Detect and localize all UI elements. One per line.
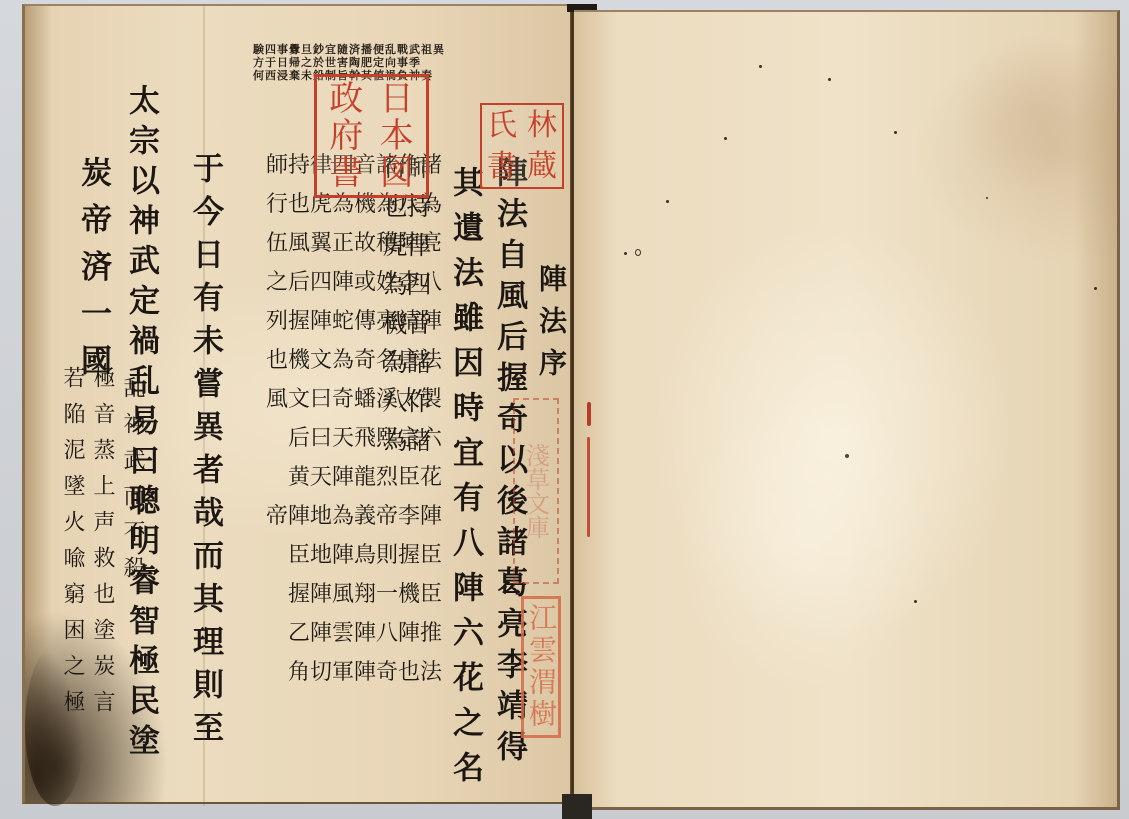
commentary-grid: 師持律四音諸作諸 行也虎為機為八為 伍風翼正故穫陣亮 之后四陣或姓李八 列握陣蛇… xyxy=(217,146,442,692)
red-ink-stroke xyxy=(587,402,591,426)
main-column-2: 其遺法雖因時宜有八陣六花之名 xyxy=(449,166,480,796)
seal-glyph: 府 xyxy=(321,118,372,154)
edo-seal: 江雲渭樹 xyxy=(521,596,561,738)
ink-speck xyxy=(828,78,831,81)
ink-speck xyxy=(666,200,669,203)
commentary-row: 列握陣蛇傳亮靖陣 xyxy=(217,302,442,341)
red-ink-stroke xyxy=(587,437,590,537)
commentary-row: 帝陣地為義帝李陣 xyxy=(217,497,442,536)
seal-glyph: 本 xyxy=(372,118,423,154)
nihon-seifu-tosho-seal: 日 政 本 府 図 書 xyxy=(314,74,429,198)
seal-glyph: 日 xyxy=(372,81,423,117)
faded-rectangular-seal: 淺草文庫 xyxy=(513,398,559,584)
paper-discoloration xyxy=(674,392,934,692)
commentary-row: 后曰天飛熙宗六 xyxy=(217,419,442,458)
commentary-row: 風文曰奇蟠溪太製 xyxy=(217,380,442,419)
section-title: 陣法序 xyxy=(537,264,565,390)
left-page: 異祖武戰乱便播済隨宜鈔旦釁事四験 季事向定肥陶害世於之帰日于方 奏神負禍値其幹旨… xyxy=(22,4,571,804)
commentary-row: 角切軍陣奇也法 xyxy=(217,653,442,692)
seal-glyph: 書 xyxy=(321,154,372,190)
commentary-row: 黄天陣龍烈臣花 xyxy=(217,458,442,497)
commentary-row: 乙陣雲陣八陣推 xyxy=(217,614,442,653)
ink-speck xyxy=(1094,287,1097,290)
seal-glyph: 蔵 xyxy=(522,146,562,187)
commentary-row: 之后四陣或姓李八 xyxy=(217,263,442,302)
spine-bottom-shadow xyxy=(562,794,592,819)
commentary-row: 握陣風翔一機臣 xyxy=(217,575,442,614)
bottom-commentary-2: 極音蒸上声救也塗炭言 xyxy=(91,366,113,726)
hayashi-zosho-seal: 林 氏 蔵 書 xyxy=(480,103,564,189)
right-page xyxy=(574,10,1120,810)
bottom-commentary-1: 乱神武而不殺 xyxy=(121,376,143,592)
ink-speck xyxy=(724,137,727,140)
top-annotation-line-2: 季事向定肥陶害世於之帰日于方 xyxy=(253,57,421,68)
page-crease xyxy=(203,6,205,806)
seal-glyph: 政 xyxy=(321,81,372,117)
seal-glyph: 林 xyxy=(522,105,562,146)
dark-corner-stain xyxy=(25,646,85,806)
commentary-row: 也機文為奇名唐法 xyxy=(217,341,442,380)
commentary-row: 伍風翼正故穫陣亮 xyxy=(217,224,442,263)
top-annotation-line-1: 異祖武戰乱便播済隨宜鈔旦釁事四験 xyxy=(253,44,445,55)
ink-speck xyxy=(759,65,762,68)
book-spread: 異祖武戰乱便播済隨宜鈔旦釁事四験 季事向定肥陶害世於之帰日于方 奏神負禍値其幹旨… xyxy=(22,4,1122,810)
second-section-column-2: 炭帝済一國 xyxy=(77,156,108,391)
paper-discoloration xyxy=(954,32,1114,192)
ink-speck xyxy=(624,252,627,255)
seal-glyph: 書 xyxy=(482,146,522,187)
ink-speck xyxy=(894,131,897,134)
ink-speck xyxy=(986,197,988,199)
seal-glyph: 氏 xyxy=(482,105,522,146)
seal-glyph: 図 xyxy=(372,154,423,190)
ink-speck xyxy=(635,249,641,256)
commentary-row: 臣地陣鳥則握臣 xyxy=(217,536,442,575)
